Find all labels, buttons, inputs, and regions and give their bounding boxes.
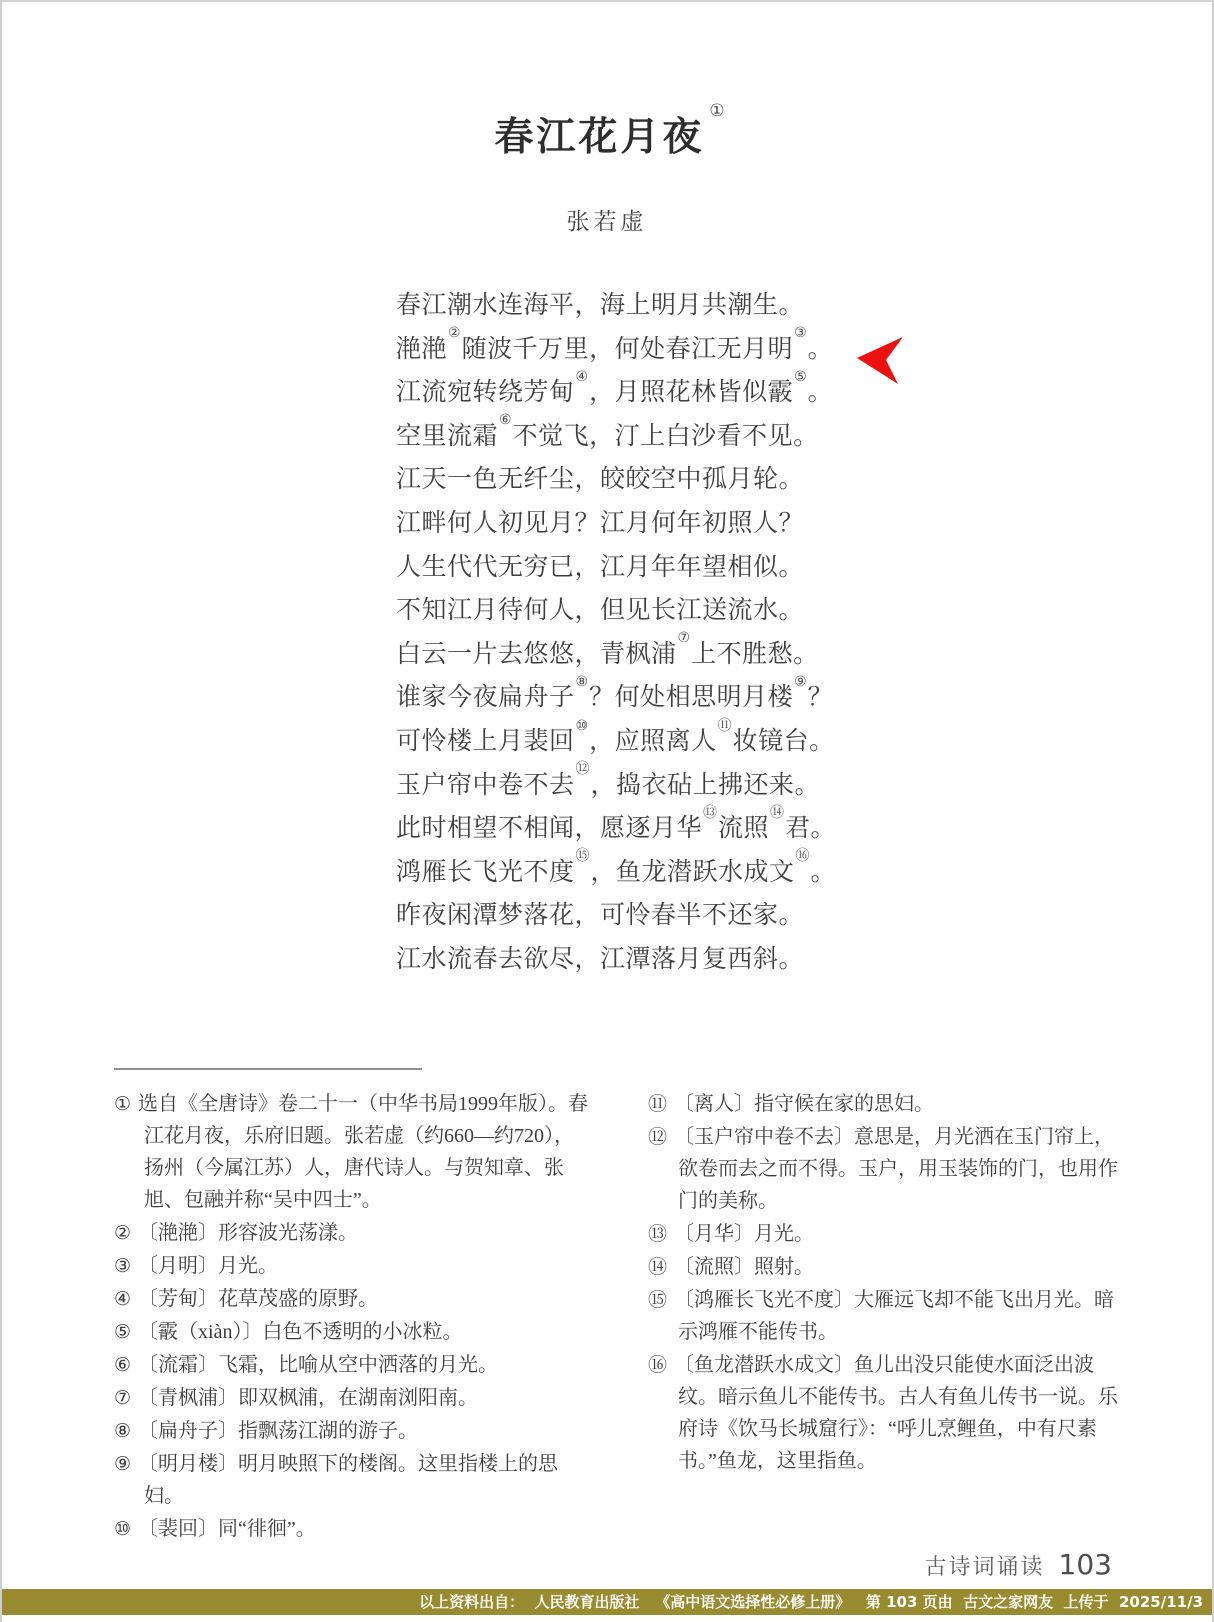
attribution-text: 以上资料出自： 人民教育出版社 《高中语文选择性必修上册》 第 103 页由 古… <box>419 1593 1203 1611</box>
poem-title-text: 春江花月夜 <box>494 116 704 159</box>
footnote-text: 〔芳甸〕花草茂盛的原野。 <box>138 1288 378 1310</box>
footnote-item: ⑫〔玉户帘中卷不去〕意思是，月光洒在玉门帘上，欲卷而去之而不得。玉户，用玉装饰的… <box>648 1121 1126 1217</box>
poem-line: 鸿雁长飞光不度⑮，鱼龙潜跃水成文⑯。 <box>396 851 836 895</box>
footnote-number: ⑧ <box>114 1420 131 1442</box>
footnote-item: ⑭〔流照〕照射。 <box>648 1251 1126 1283</box>
footnote-ref: ⑭ <box>770 805 784 821</box>
footnote-text: 〔月华〕月光。 <box>674 1223 814 1245</box>
poem-author: 张若虚 <box>2 203 1212 236</box>
footnote-ref: ⑦ <box>678 630 691 646</box>
footnote-text: 〔明月楼〕明月映照下的楼阁。这里指楼上的思妇。 <box>138 1453 558 1507</box>
poem-line: 昨夜闲潭梦落花，可怜春半不还家。 <box>396 894 836 938</box>
footnote-ref: ⑧ <box>576 674 589 690</box>
attribution-bar: 以上资料出自： 人民教育出版社 《高中语文选择性必修上册》 第 103 页由 古… <box>2 1589 1212 1615</box>
poem-line: 谁家今夜扁舟子⑧？何处相思明月楼⑨？ <box>396 676 836 720</box>
footnote-item: ②〔滟滟〕形容波光荡漾。 <box>114 1217 592 1249</box>
poem-title: 春江花月夜① <box>494 106 719 162</box>
page-footer: 古诗词诵读 103 <box>925 1548 1112 1581</box>
footnote-ref: ③ <box>794 325 807 341</box>
footnote-number: ① <box>114 1093 131 1115</box>
poem-line: 江流宛转绕芳甸④，月照花林皆似霰⑤。 <box>396 371 836 415</box>
poem-line: 可怜楼上月裴回⑩，应照离人⑪妆镜台。 <box>396 720 836 764</box>
footnote-ref: ② <box>448 325 461 341</box>
footnote-number: ③ <box>114 1255 131 1277</box>
poem-line: 空里流霜⑥不觉飞，汀上白沙看不见。 <box>396 415 836 459</box>
footer-page-number: 103 <box>1059 1548 1112 1581</box>
footnote-ref: ⑫ <box>576 761 590 777</box>
footnote-text: 〔流霜〕飞霜，比喻从空中洒落的月光。 <box>138 1354 498 1376</box>
footnote-item: ⑩〔裴回〕同“徘徊”。 <box>114 1513 592 1545</box>
footnote-item: ⑨〔明月楼〕明月映照下的楼阁。这里指楼上的思妇。 <box>114 1448 592 1512</box>
footnote-item: ⑦〔青枫浦〕即双枫浦，在湖南浏阳南。 <box>114 1382 592 1414</box>
footnote-ref: ⑪ <box>718 718 732 734</box>
footnote-text: 〔月明〕月光。 <box>138 1255 278 1277</box>
footnote-item: ⑮〔鸿雁长飞光不度〕大雁远飞却不能飞出月光。暗示鸿雁不能传书。 <box>648 1284 1126 1348</box>
footnote-item: ⑯〔鱼龙潜跃水成文〕鱼儿出没只能使水面泛出波纹。暗示鱼儿不能传书。古人有鱼儿传书… <box>648 1349 1126 1477</box>
poem-line: 不知江月待何人，但见长江送流水。 <box>396 589 836 633</box>
poem-line: 江畔何人初见月？江月何年初照人？ <box>396 502 836 546</box>
footnote-ref: ⑩ <box>576 718 589 734</box>
footer-section-title: 古诗词诵读 <box>925 1550 1045 1581</box>
poem-line: 春江潮水连海平，海上明月共潮生。 <box>396 284 836 328</box>
footnote-text: 〔滟滟〕形容波光荡漾。 <box>138 1222 358 1244</box>
footnote-item: ③〔月明〕月光。 <box>114 1250 592 1282</box>
footnote-text: 〔离人〕指守候在家的思妇。 <box>674 1093 934 1115</box>
poem-line: 江水流春去欲尽，江潭落月复西斜。 <box>396 938 836 982</box>
footnote-text: 〔霰（xiàn）〕白色不透明的小冰粒。 <box>138 1321 462 1343</box>
footnote-number: ⑬ <box>648 1223 667 1245</box>
poem-line: 滟滟②随波千万里，何处春江无月明③。 <box>396 328 836 372</box>
footnote-number: ④ <box>114 1288 131 1310</box>
footnote-text: 〔鱼龙潜跃水成文〕鱼儿出没只能使水面泛出波纹。暗示鱼儿不能传书。古人有鱼儿传书一… <box>674 1354 1118 1472</box>
footnote-ref: ⑮ <box>576 848 590 864</box>
textbook-page: 春江花月夜① 张若虚 春江潮水连海平，海上明月共潮生。滟滟②随波千万里，何处春江… <box>0 0 1214 1622</box>
footnote-item: ⑤〔霰（xiàn）〕白色不透明的小冰粒。 <box>114 1316 592 1348</box>
footnote-item: ④〔芳甸〕花草茂盛的原野。 <box>114 1283 592 1315</box>
poem-line: 此时相望不相闻，愿逐月华⑬流照⑭君。 <box>396 807 836 851</box>
footnote-number: ⑦ <box>114 1387 131 1409</box>
footnote-ref: ⑨ <box>794 674 807 690</box>
footnote-text: 选自《全唐诗》卷二十一（中华书局1999年版）。春江花月夜，乐府旧题。张若虚（约… <box>138 1093 588 1211</box>
footnote-number: ⑥ <box>114 1354 131 1376</box>
footnote-number: ② <box>114 1222 131 1244</box>
poem-line: 白云一片去悠悠，青枫浦⑦上不胜愁。 <box>396 633 836 677</box>
footnotes-left-column: ①选自《全唐诗》卷二十一（中华书局1999年版）。春江花月夜，乐府旧题。张若虚（… <box>114 1088 592 1546</box>
footnote-number: ⑯ <box>648 1354 667 1376</box>
footnote-text: 〔鸿雁长飞光不度〕大雁远飞却不能飞出月光。暗示鸿雁不能传书。 <box>674 1289 1114 1343</box>
title-block: 春江花月夜① <box>2 106 1212 162</box>
footnote-number: ⑭ <box>648 1256 667 1278</box>
poem-body: 春江潮水连海平，海上明月共潮生。滟滟②随波千万里，何处春江无月明③。江流宛转绕芳… <box>396 284 836 982</box>
red-pointer-icon <box>857 337 905 384</box>
footnote-text: 〔流照〕照射。 <box>674 1256 814 1278</box>
footnote-ref: ⑥ <box>499 412 512 428</box>
footnote-item: ⑬〔月华〕月光。 <box>648 1218 1126 1250</box>
poem-line: 人生代代无穷已，江月年年望相似。 <box>396 546 836 590</box>
footnote-number: ⑨ <box>114 1453 131 1475</box>
title-footnote-ref: ① <box>709 101 724 121</box>
footnote-text: 〔玉户帘中卷不去〕意思是，月光洒在玉门帘上，欲卷而去之而不得。玉户，用玉装饰的门… <box>674 1126 1118 1212</box>
footnote-item: ⑥〔流霜〕飞霜，比喻从空中洒落的月光。 <box>114 1349 592 1381</box>
footnote-text: 〔青枫浦〕即双枫浦，在湖南浏阳南。 <box>138 1387 478 1409</box>
footnote-ref: ⑤ <box>794 369 807 385</box>
footnote-item: ⑧〔扁舟子〕指飘荡江湖的游子。 <box>114 1415 592 1447</box>
footnote-number: ⑫ <box>648 1126 667 1148</box>
footnote-ref: ④ <box>576 369 589 385</box>
poem-line: 玉户帘中卷不去⑫，捣衣砧上拂还来。 <box>396 764 836 808</box>
footnote-number: ⑤ <box>114 1321 131 1343</box>
footnote-ref: ⑬ <box>703 805 717 821</box>
footnote-divider <box>114 1068 422 1070</box>
footnote-item: ①选自《全唐诗》卷二十一（中华书局1999年版）。春江花月夜，乐府旧题。张若虚（… <box>114 1088 592 1216</box>
footnote-number: ⑪ <box>648 1093 667 1115</box>
footnote-number: ⑩ <box>114 1518 131 1540</box>
poem-line: 江天一色无纤尘，皎皎空中孤月轮。 <box>396 458 836 502</box>
footnotes-right-column: ⑪〔离人〕指守候在家的思妇。⑫〔玉户帘中卷不去〕意思是，月光洒在玉门帘上，欲卷而… <box>648 1088 1126 1478</box>
footnote-text: 〔裴回〕同“徘徊”。 <box>138 1518 316 1540</box>
footnote-text: 〔扁舟子〕指飘荡江湖的游子。 <box>138 1420 418 1442</box>
footnote-number: ⑮ <box>648 1289 667 1311</box>
footnote-item: ⑪〔离人〕指守候在家的思妇。 <box>648 1088 1126 1120</box>
footnote-ref: ⑯ <box>796 848 810 864</box>
